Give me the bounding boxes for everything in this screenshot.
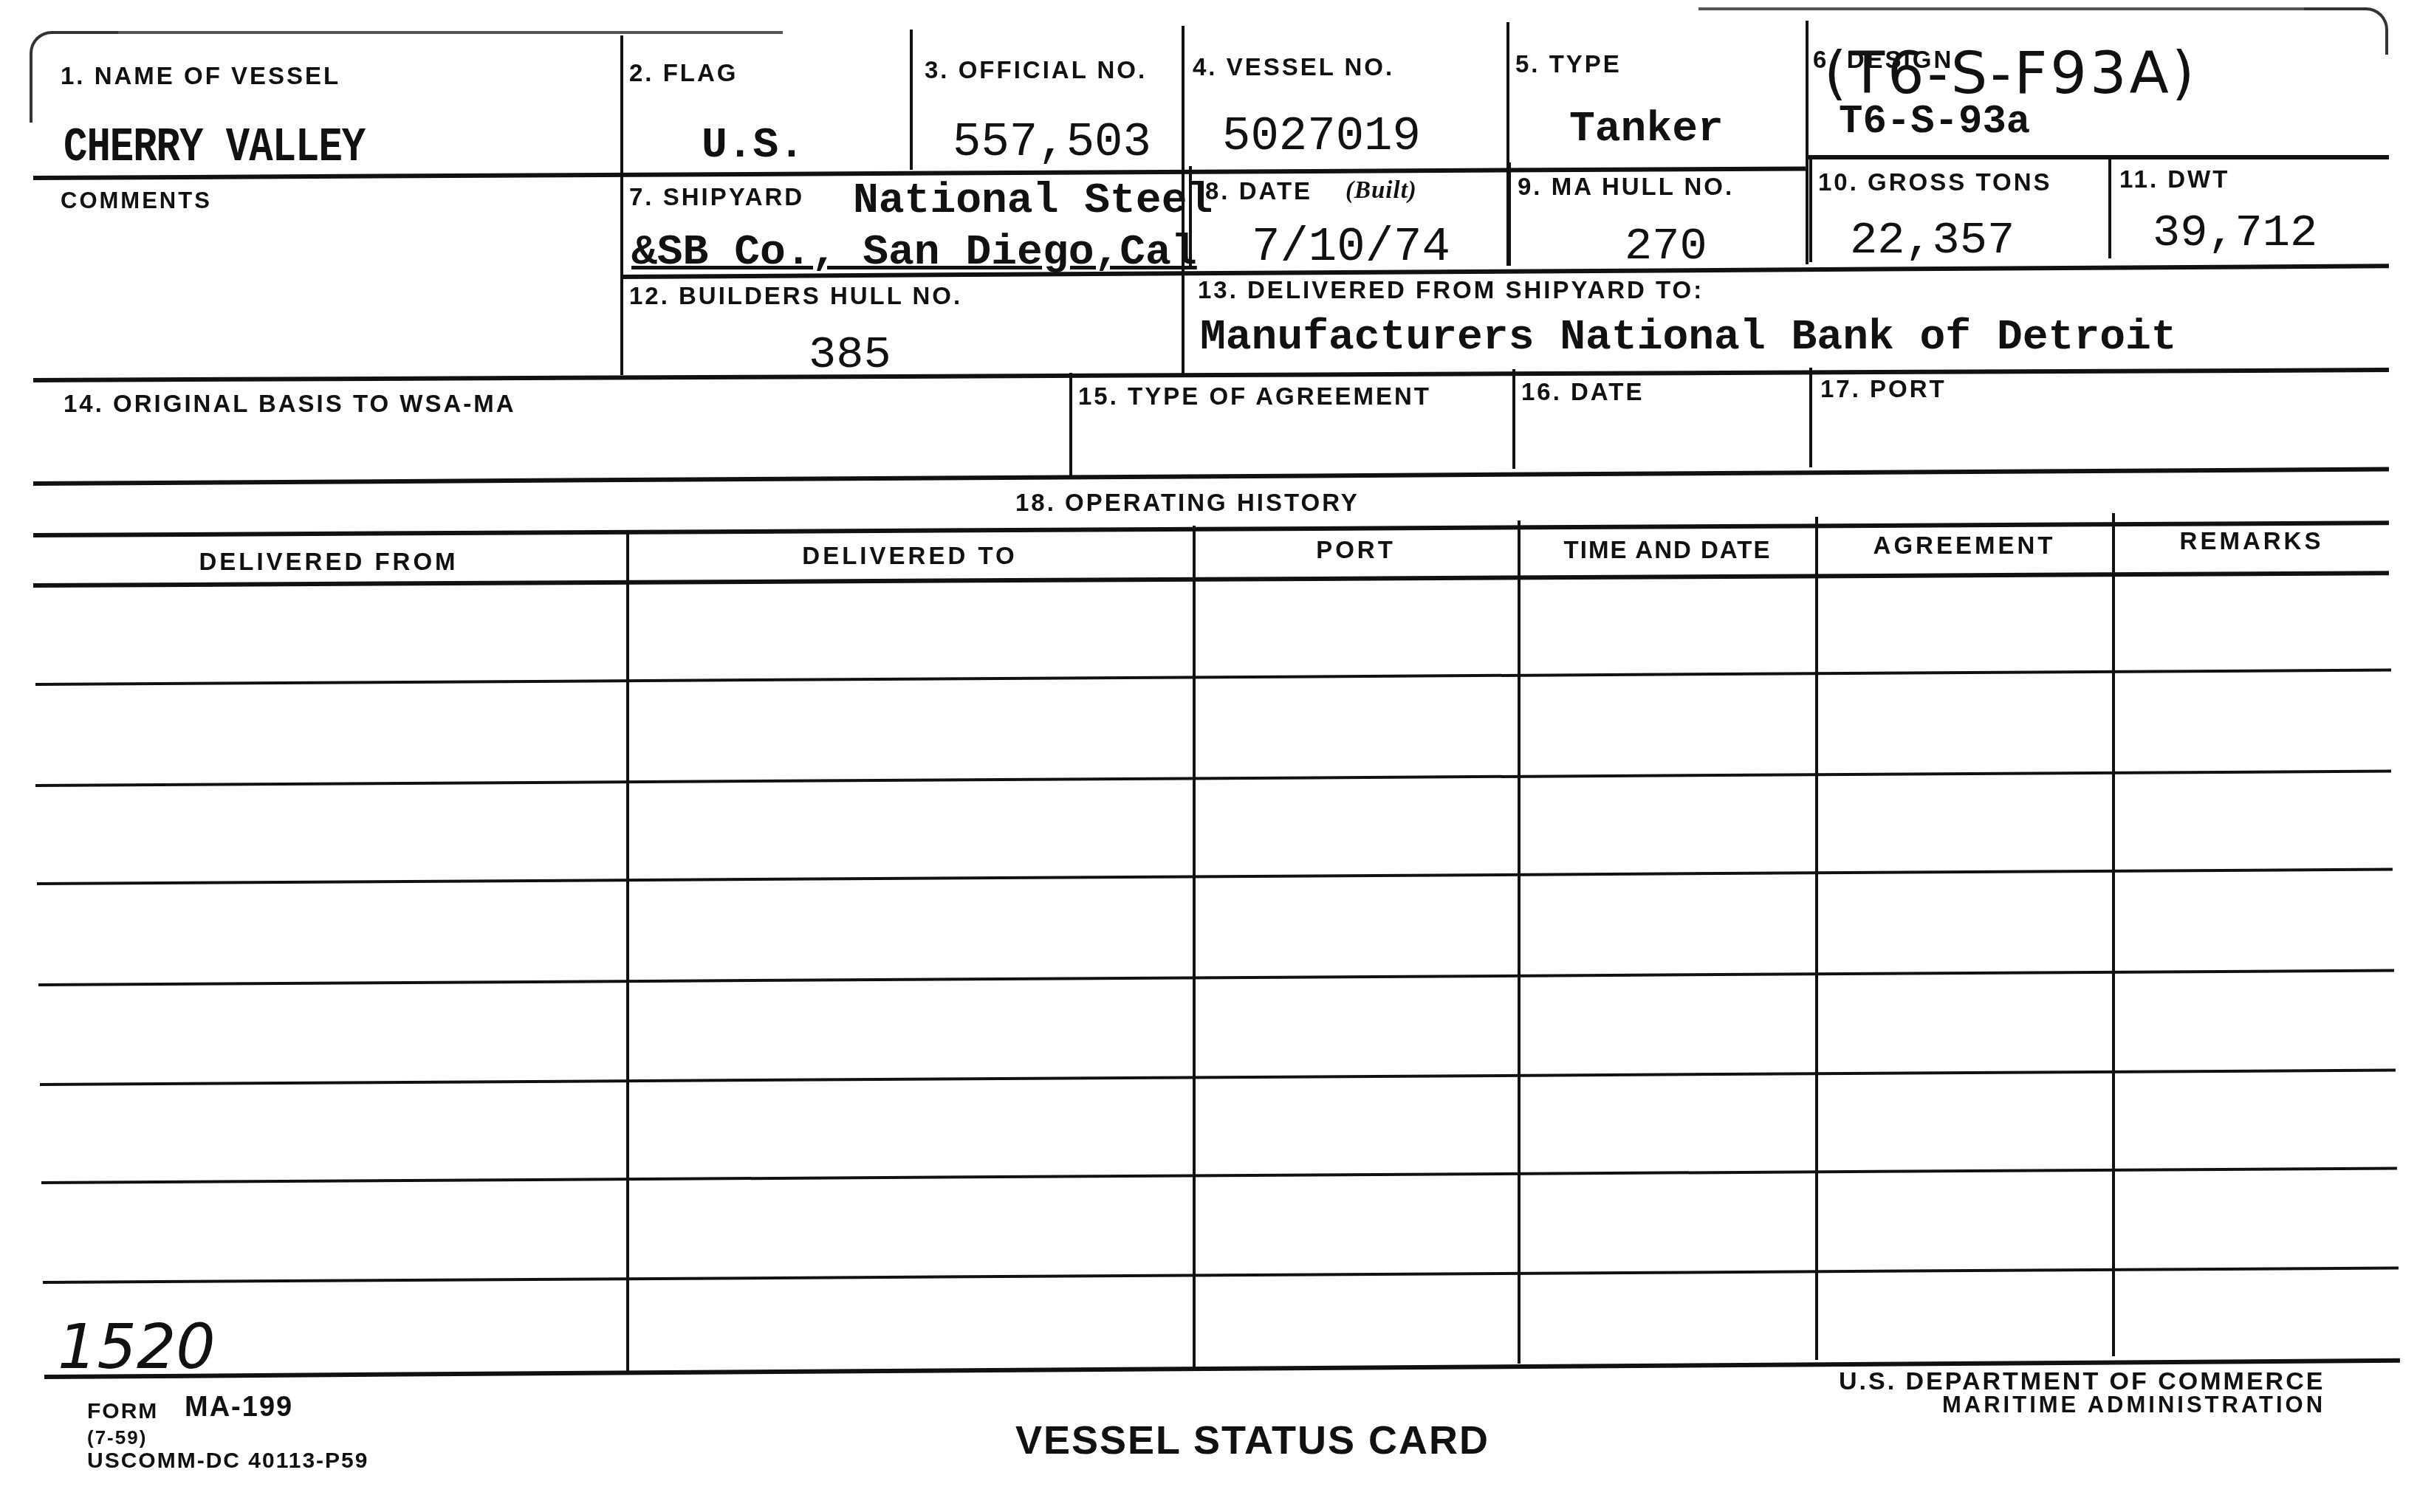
form-prefix: FORM — [87, 1399, 158, 1424]
dwt-value: 39,712 — [2153, 207, 2317, 259]
vessel-no-label: 4. VESSEL NO. — [1193, 53, 1394, 81]
divider-ma-hull-no — [1508, 162, 1511, 266]
history-row-1[interactable] — [35, 587, 2387, 681]
design-bottom-line — [1806, 155, 2389, 159]
agency-administration: MARITIME ADMINISTRATION — [1942, 1392, 2325, 1418]
handwritten-note: 1520 — [58, 1310, 216, 1383]
name-of-vessel-value: CHERRY VALLEY — [64, 121, 365, 175]
history-header-port: PORT — [1196, 536, 1515, 564]
history-header-agreement: AGREEMENT — [1818, 532, 2111, 560]
divider-official-no — [910, 30, 913, 170]
card-top-edge — [118, 31, 783, 34]
gross-tons-label: 10. GROSS TONS — [1818, 168, 2051, 196]
history-row-8[interactable] — [44, 1284, 2396, 1372]
type-of-agreement-label: 15. TYPE OF AGREEMENT — [1078, 382, 1431, 410]
history-header-remarks: REMARKS — [2115, 527, 2388, 555]
history-header-delivered-from: DELIVERED FROM — [33, 548, 624, 576]
divider-flag — [620, 35, 623, 375]
divider-date-built — [1189, 166, 1192, 266]
shipyard-value-line2: &SB Co., San Diego,Cal — [631, 229, 1197, 277]
divider-port — [1809, 368, 1812, 467]
history-row-4[interactable] — [38, 886, 2390, 980]
history-row-2[interactable] — [35, 687, 2387, 781]
ma-hull-no-label: 9. MA HULL NO. — [1518, 173, 1734, 201]
date-built-value: 7/10/74 — [1252, 221, 1450, 275]
design-value: T6-S-93a — [1839, 100, 2030, 145]
original-basis-label: 14. ORIGINAL BASIS TO WSA-MA — [64, 390, 516, 418]
operating-history-label: 18. OPERATING HISTORY — [1015, 489, 1360, 517]
form-number: MA-199 — [185, 1392, 293, 1423]
divider-dwt — [2108, 157, 2111, 258]
date-label: 16. DATE — [1521, 378, 1644, 406]
history-header-time-and-date: TIME AND DATE — [1521, 536, 1814, 564]
delivered-from-shipyard-to-value: Manufacturers National Bank of Detroit — [1200, 314, 2177, 362]
official-no-value: 557,503 — [953, 117, 1151, 170]
shipyard-value-line1: National Steel — [853, 177, 1213, 225]
builders-hull-no-label: 12. BUILDERS HULL NO. — [629, 282, 962, 310]
dwt-label: 11. DWT — [2119, 165, 2229, 193]
design-handwritten-value: (T6-S-F93A) — [1824, 41, 2197, 107]
ma-hull-no-value: 270 — [1625, 220, 1707, 272]
port-label: 17. PORT — [1820, 375, 1947, 403]
divider-type-of-agreement — [1069, 373, 1072, 476]
type-value: Tanker — [1569, 106, 1724, 154]
card-title: VESSEL STATUS CARD — [1015, 1417, 1489, 1463]
comments-area[interactable] — [33, 181, 617, 377]
flag-label: 2. FLAG — [629, 59, 738, 87]
name-of-vessel-label: 1. NAME OF VESSEL — [61, 62, 340, 90]
gross-tons-value: 22,357 — [1850, 214, 2015, 267]
vessel-no-value: 5027019 — [1222, 111, 1421, 164]
form-print-code: USCOMM-DC 40113-P59 — [87, 1449, 368, 1474]
divider-date — [1512, 369, 1515, 469]
official-no-label: 3. OFFICIAL NO. — [925, 56, 1147, 84]
card-top-edge-right — [1698, 7, 2304, 10]
row4-bottom-line — [33, 467, 2389, 486]
builders-hull-no-value: 385 — [809, 329, 891, 381]
divider-design — [1806, 21, 1809, 264]
history-row-3[interactable] — [37, 787, 2389, 880]
history-row-5[interactable] — [40, 986, 2392, 1081]
type-label: 5. TYPE — [1515, 50, 1622, 78]
date-built-label-suffix: (Built) — [1345, 177, 1417, 205]
history-row-7[interactable] — [43, 1184, 2395, 1279]
card-corner-top-right — [2297, 7, 2388, 55]
flag-value: U.S. — [702, 122, 804, 170]
date-built-label: 8. DATE — [1205, 177, 1312, 205]
shipyard-label: 7. SHIPYARD — [629, 183, 804, 211]
delivered-from-shipyard-to-label: 13. DELIVERED FROM SHIPYARD TO: — [1198, 276, 1704, 304]
history-header-delivered-to: DELIVERED TO — [629, 542, 1190, 570]
divider-gross-tons — [1809, 159, 1812, 262]
form-revision: (7-59) — [87, 1426, 147, 1449]
history-row-6[interactable] — [41, 1086, 2393, 1179]
